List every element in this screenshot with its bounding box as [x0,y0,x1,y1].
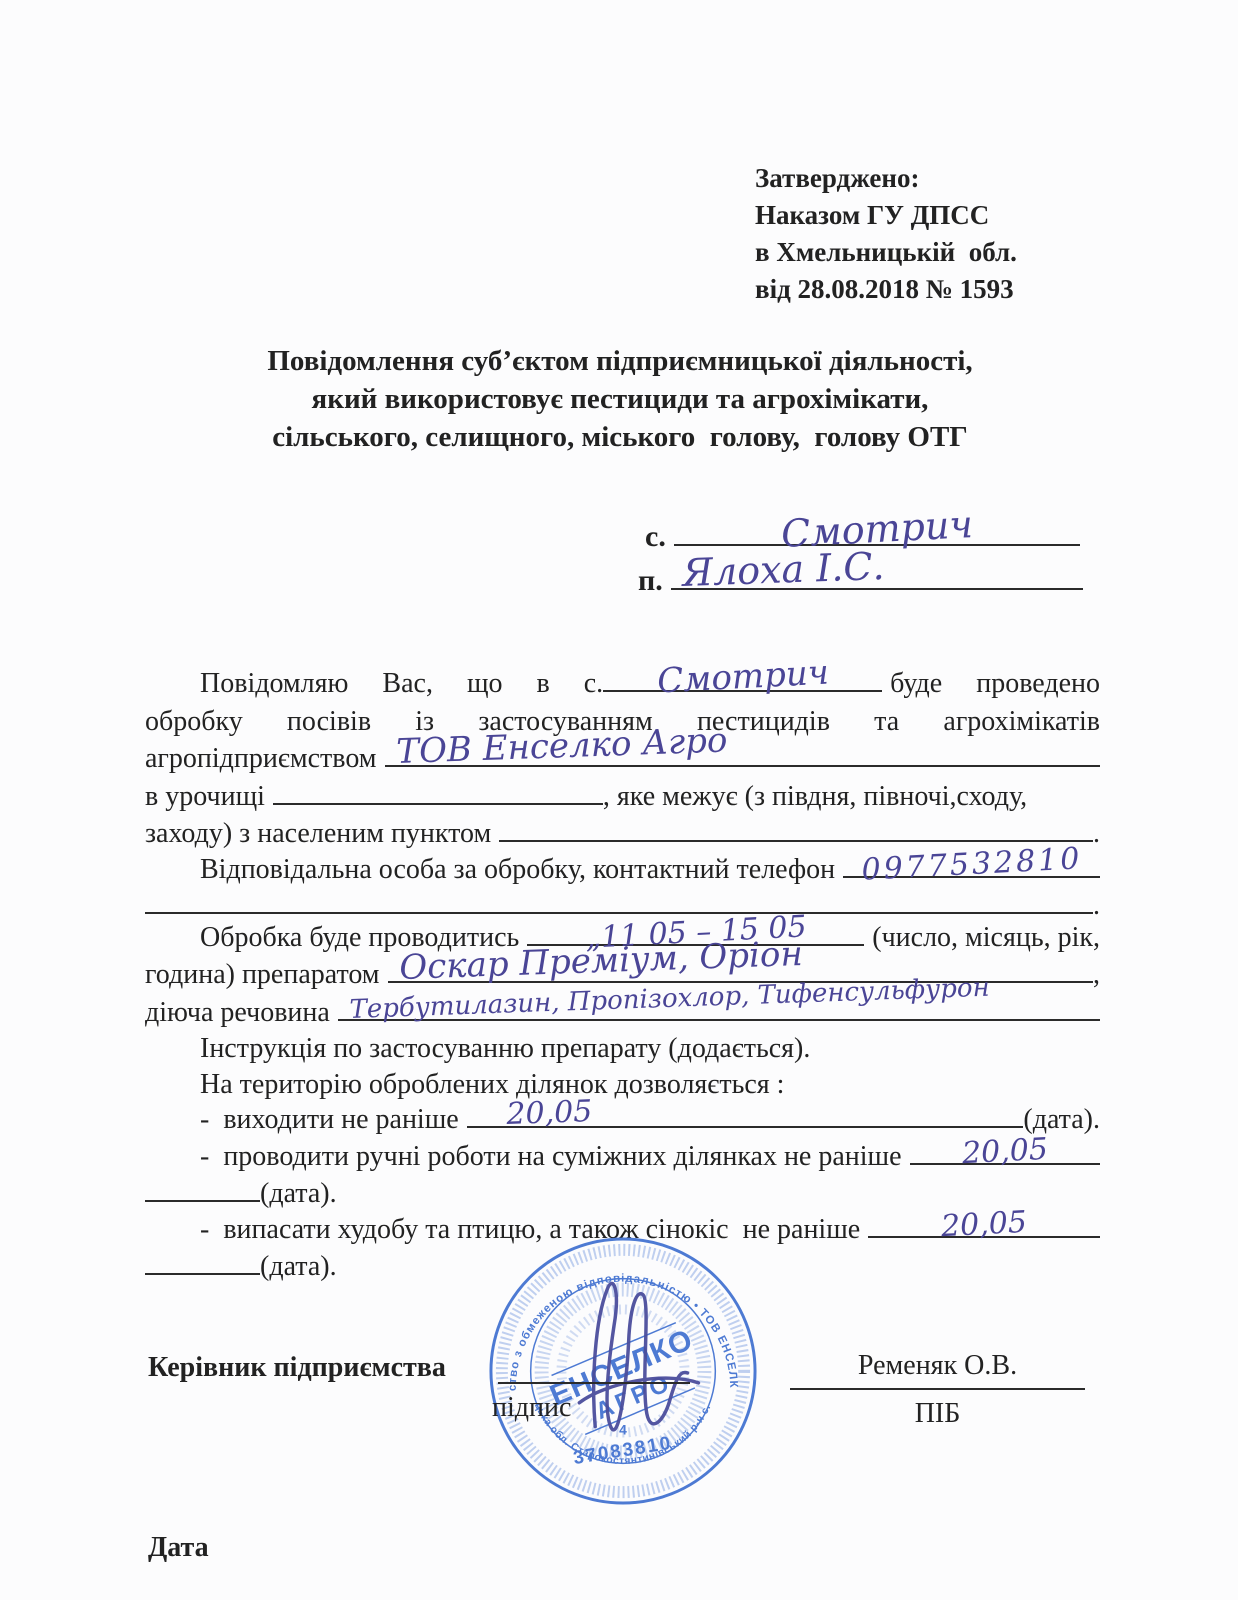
bullet-2-text: - проводити ручні роботи на суміжних діл… [200,1141,902,1173]
company-line: ТОВ Енселко Агро [385,765,1100,767]
director-label: Керівник підприємства [148,1352,446,1384]
substance-label: діюча речовина [145,997,330,1029]
body-line-11: Інструкція по застосуванню препарату (до… [145,1033,1100,1065]
bullet-2-wrap-line [145,1200,260,1202]
person-field-handwriting: Ялоха І.С. [681,547,884,592]
body-line-3: агропідприємством ТОВ Енселко Агро [145,743,1100,775]
title-line: Повідомлення суб’єктом підприємницької д… [70,342,1170,380]
person-field-line: Ялоха І.С. [671,588,1083,590]
bullet-1-tail: (дата). [1023,1104,1100,1136]
approval-line: від 28.08.2018 № 1593 [755,271,1135,308]
person-field-label: п. [638,564,663,598]
overflow-period: . [1093,890,1100,922]
settlement-tail: . [1093,818,1100,850]
bullet-3-handwriting: 20,05 [940,1208,1027,1242]
p1-tail: буде проведено [890,668,1100,700]
bullet-2-handwriting: 20,05 [961,1135,1048,1169]
body-line-12: На територію оброблених ділянок дозволяє… [145,1069,1100,1101]
tract-tail: , яке межує (з півдня, півночі,сходу, [603,781,1027,813]
signature-caption: підпис [492,1392,571,1424]
bullet-2-line: 20,05 [910,1163,1100,1165]
substance-line: Тербутилазин, Пропізохлор, Тифенсульфуро… [338,1019,1100,1021]
p1-village-line: Смотрич [603,690,882,692]
bullet-1: - виходити не раніше 20,05 (дата). [145,1104,1100,1136]
settlement-line [499,840,1093,842]
village-field-label: с. [645,520,666,554]
approval-line: Затверджено: [755,160,1135,197]
bullet-1-text: - виходити не раніше [200,1104,459,1136]
approval-block: Затверджено: Наказом ГУ ДПСС в Хмельниць… [755,160,1135,308]
stamp-small-number: 4 [619,1422,627,1438]
schedule-tail: (число, місяць, рік, [872,922,1100,954]
contact-phone-line: 0977532810 [843,876,1100,878]
date-label: Дата [148,1532,209,1564]
company-handwriting: ТОВ Енселко Агро [395,723,727,769]
company-stamp: Товариство з обмеженою відповідальністю … [484,1232,762,1510]
bullet-1-line: 20,05 [467,1126,1024,1128]
company-label: агропідприємством [145,743,377,775]
person-field: п. Ялоха І.С. [638,564,1083,598]
approval-line: Наказом ГУ ДПСС [755,197,1135,234]
p1-village-handwriting: Смотрич [656,656,829,699]
body-line-1: Повідомляю Вас, що в с. Смотрич буде про… [145,668,1100,700]
p1-intro: Повідомляю Вас, що в с. [200,668,603,700]
director-name: Ременяк О.В. [790,1350,1085,1390]
instruction-text: Інструкція по застосуванню препарату (до… [200,1033,810,1065]
document-title: Повідомлення суб’єктом підприємницької д… [70,342,1170,456]
drug-label: година) препаратом [145,959,380,991]
name-caption: ПІБ [790,1398,1085,1430]
bullet-2-tail: (дата). [260,1178,337,1210]
tract-label: в урочищі [145,781,265,813]
body-line-5: заходу) з населеним пунктом . [145,818,1100,850]
signature-line [498,1382,690,1384]
contact-label: Відповідальна особа за обробку, контактн… [200,854,835,886]
body-line-10: діюча речовина Тербутилазин, Пропізохлор… [145,997,1100,1029]
body-line-7: . [145,890,1100,922]
body-line-4: в урочищі , яке межує (з півдня, півночі… [145,781,1100,813]
approval-line: в Хмельницькій обл. [755,234,1135,271]
title-line: сільського, селищного, міського голову, … [70,418,1170,456]
body-line-6: Відповідальна особа за обробку, контактн… [145,854,1100,886]
scanned-document-page: Затверджено: Наказом ГУ ДПСС в Хмельниць… [0,0,1238,1600]
title-line: який використовує пестициди та агрохімік… [70,380,1170,418]
bullet-3-wrap-line [145,1273,260,1275]
bullet-1-handwriting: 20,05 [506,1097,593,1130]
settlement-label: заходу) з населеним пунктом [145,818,491,850]
bullet-2: - проводити ручні роботи на суміжних діл… [145,1141,1100,1173]
bullet-2-wrap: (дата). [145,1178,1100,1210]
drug-tail: , [1093,959,1100,991]
allowed-intro: На територію оброблених ділянок дозволяє… [200,1069,784,1101]
bullet-3-line: 20,05 [868,1236,1100,1238]
contact-phone-handwriting: 0977532810 [860,844,1082,886]
overflow-line [145,912,1093,914]
tract-line [273,803,603,805]
bullet-3-tail: (дата). [260,1251,337,1283]
